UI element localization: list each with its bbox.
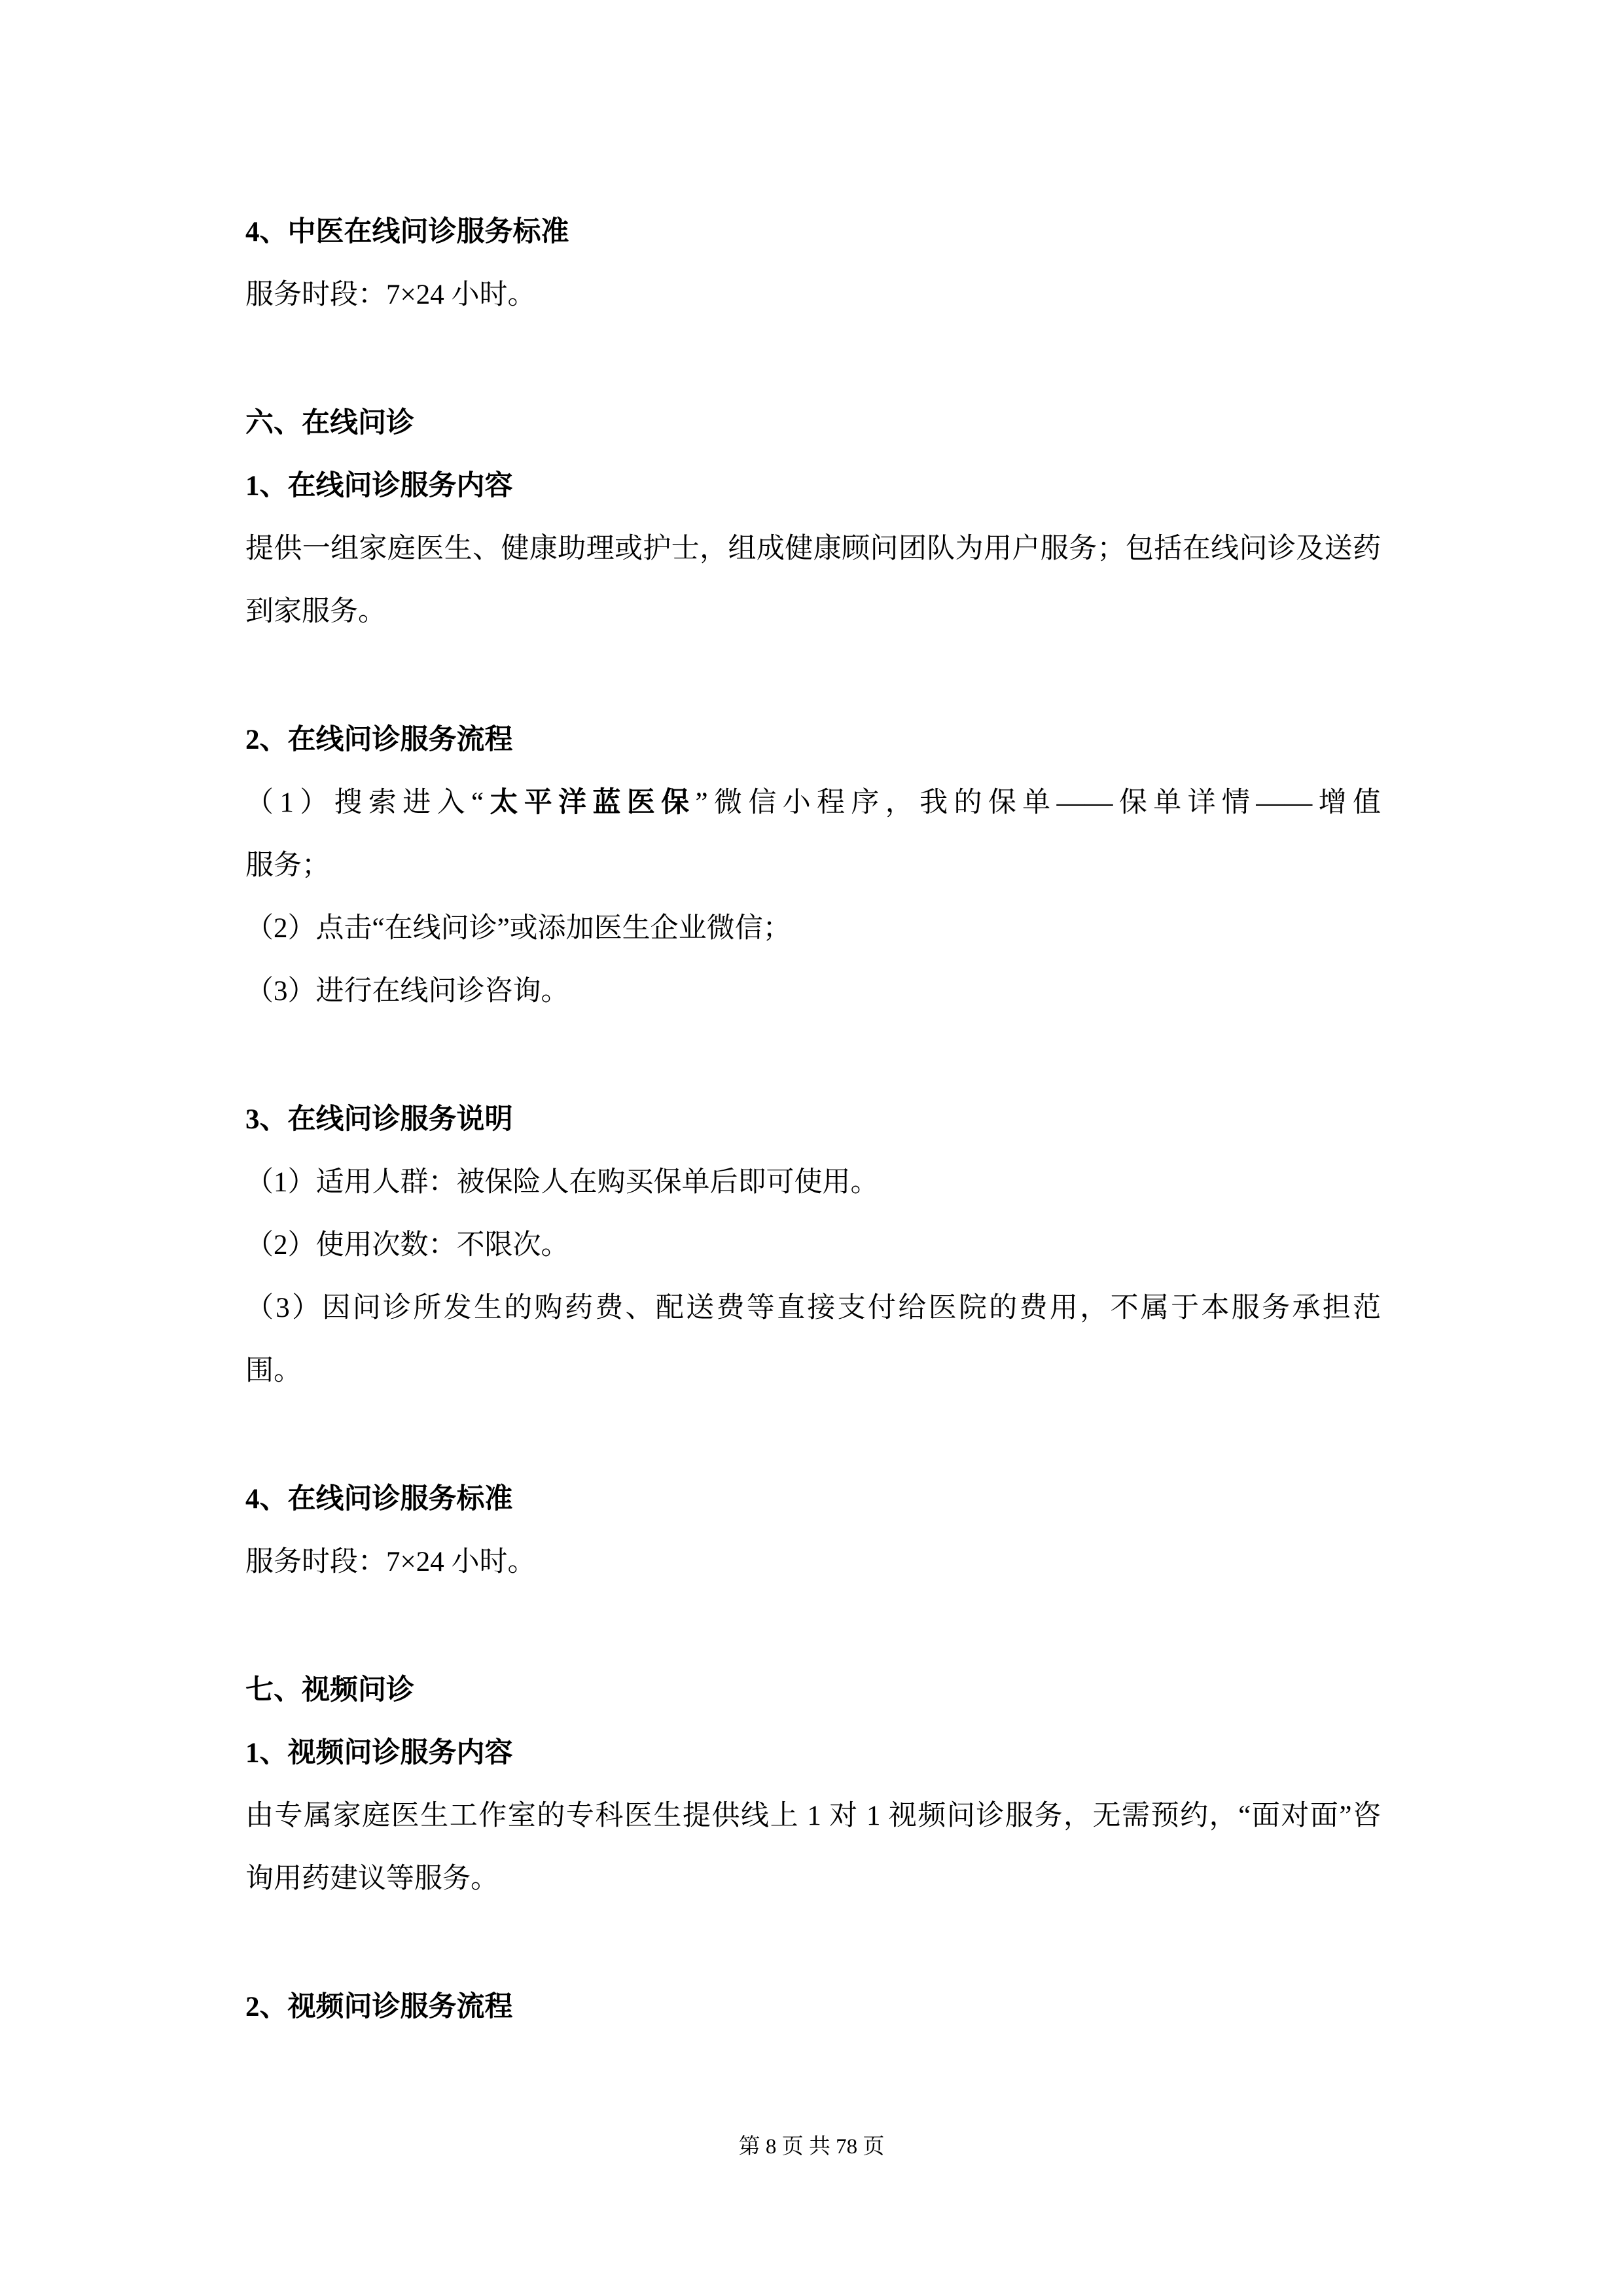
text-run: ”微信小程序，我的保单——保单详情——增值 [696, 787, 1381, 818]
document-line: （1）搜索进入“太平洋蓝医保”微信小程序，我的保单——保单详情——增值 [245, 772, 1381, 834]
document-line: 询用药建议等服务。 [245, 1848, 1381, 1910]
document-line: 3、在线问诊服务说明 [245, 1088, 1381, 1151]
document-line: 围。 [245, 1340, 1381, 1403]
text-run: （1）搜索进入“ [245, 787, 484, 818]
document-line: 4、中医在线问诊服务标准 [245, 201, 1381, 264]
page-footer: 第 8 页 共 78 页 [0, 2130, 1623, 2163]
page-number-text: 第 8 页 共 78 页 [739, 2135, 885, 2159]
document-line: （2）使用次数：不限次。 [245, 1214, 1381, 1277]
document-line: 4、在线问诊服务标准 [245, 1468, 1381, 1531]
document-line: 2、在线问诊服务流程 [245, 709, 1381, 772]
brand-bold-text: 太平洋蓝医保 [484, 787, 695, 818]
document-line: 由专属家庭医生工作室的专科医生提供线上 1 对 1 视频问诊服务，无需预约，“面… [245, 1785, 1381, 1848]
document-line: 1、视频问诊服务内容 [245, 1722, 1381, 1785]
document-line: 2、视频问诊服务流程 [245, 1976, 1381, 2039]
document-line: 服务时段：7×24 小时。 [245, 1531, 1381, 1594]
document-content: 4、中医在线问诊服务标准服务时段：7×24 小时。六、在线问诊1、在线问诊服务内… [245, 201, 1381, 2039]
document-page: 4、中医在线问诊服务标准服务时段：7×24 小时。六、在线问诊1、在线问诊服务内… [0, 0, 1623, 2296]
document-line: 六、在线问诊 [245, 392, 1381, 455]
document-line: （3）进行在线问诊咨询。 [245, 960, 1381, 1023]
document-line: （1）适用人群：被保险人在购买保单后即可使用。 [245, 1151, 1381, 1214]
document-line: 服务时段：7×24 小时。 [245, 264, 1381, 327]
document-line: （2）点击“在线问诊”或添加医生企业微信； [245, 897, 1381, 960]
document-line: 七、视频问诊 [245, 1659, 1381, 1722]
document-line: 服务； [245, 834, 1381, 897]
document-line: 到家服务。 [245, 581, 1381, 643]
document-line: 1、在线问诊服务内容 [245, 455, 1381, 518]
document-line: 提供一组家庭医生、健康助理或护士，组成健康顾问团队为用户服务；包括在线问诊及送药 [245, 518, 1381, 581]
document-line: （3）因问诊所发生的购药费、配送费等直接支付给医院的费用，不属于本服务承担范 [245, 1277, 1381, 1340]
